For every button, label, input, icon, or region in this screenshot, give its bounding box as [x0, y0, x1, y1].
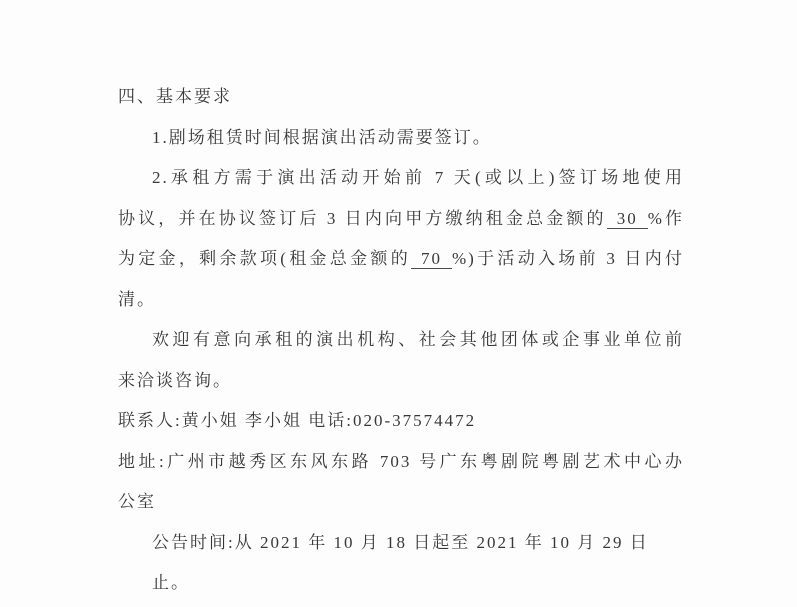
- contact-line: 联系人:黄小姐 李小姐 电话:020-37574472: [118, 401, 684, 442]
- balance-percent-value: 70: [411, 249, 452, 269]
- item-1: 1.剧场租赁时间根据演出活动需要签订。: [118, 118, 684, 159]
- item-2-line-2-post: %作: [648, 209, 684, 228]
- item-2-line-1: 2.承租方需于演出活动开始前 7 天(或以上)签订场地使用: [118, 158, 684, 199]
- deposit-percent-value: 30: [607, 209, 648, 229]
- address-line-1: 地址:广州市越秀区东风东路 703 号广东粤剧院粤剧艺术中心办: [118, 442, 684, 483]
- scanned-document-page: 四、基本要求 1.剧场租赁时间根据演出活动需要签订。 2.承租方需于演出活动开始…: [0, 0, 797, 607]
- item-2-line-3-pre: 为定金，剩余款项(租金总金额的: [118, 249, 411, 268]
- item-2-line-3: 为定金，剩余款项(租金总金额的70%)于活动入场前 3 日内付: [118, 239, 684, 280]
- item-2-line-2-pre: 协议，并在协议签订后 3 日内向甲方缴纳租金总金额的: [118, 209, 607, 228]
- item-2-line-2: 协议，并在协议签订后 3 日内向甲方缴纳租金总金额的30%作: [118, 199, 684, 240]
- item-2-line-3-post: %)于活动入场前 3 日内付: [452, 249, 684, 268]
- welcome-line-2: 来洽谈咨询。: [118, 361, 684, 402]
- document-body: 四、基本要求 1.剧场租赁时间根据演出活动需要签订。 2.承租方需于演出活动开始…: [118, 77, 684, 563]
- notice-period-line: 公告时间:从 2021 年 10 月 18 日起至 2021 年 10 月 29…: [118, 523, 684, 564]
- address-line-2: 公室: [118, 482, 684, 523]
- section-heading: 四、基本要求: [118, 77, 684, 118]
- item-2-line-4: 清。: [118, 280, 684, 321]
- welcome-line-1: 欢迎有意向承租的演出机构、社会其他团体或企事业单位前: [118, 320, 684, 361]
